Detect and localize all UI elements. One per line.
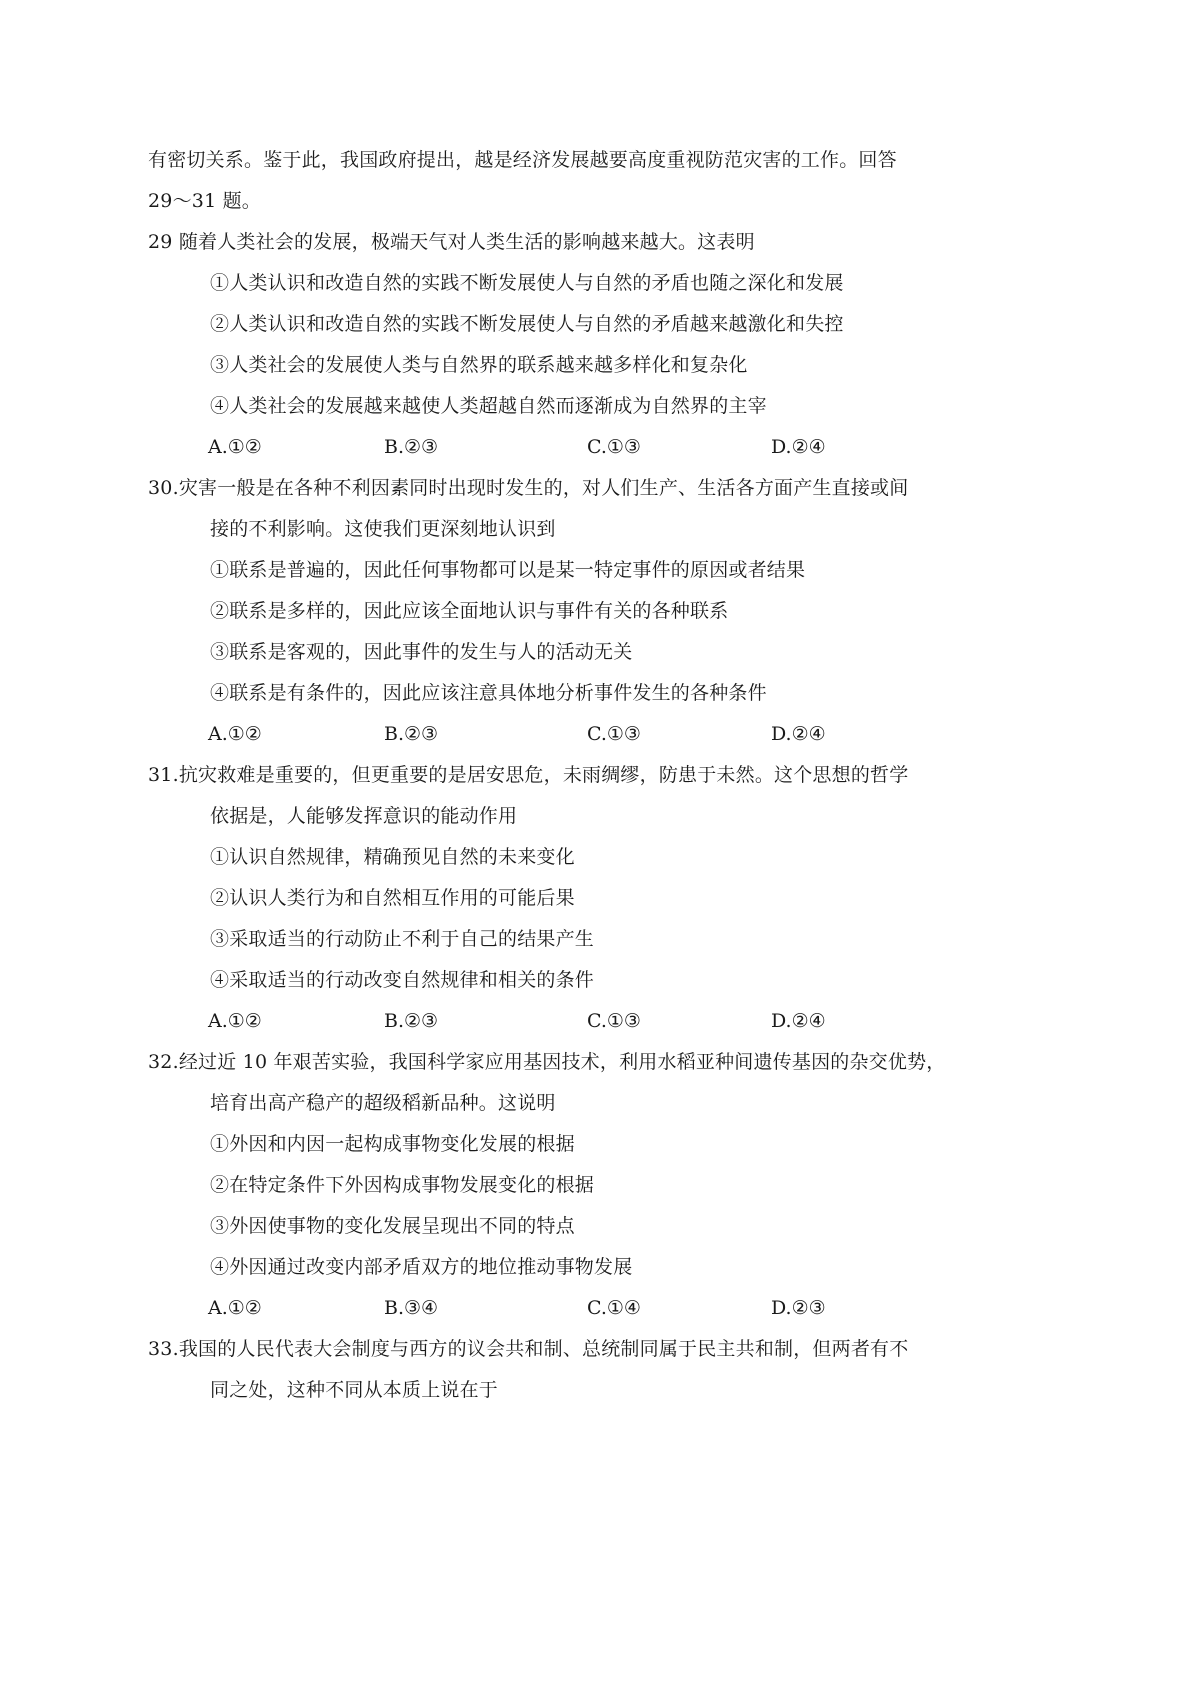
statement-3: ③外因使事物的变化发展呈现出不同的特点 [210,1213,575,1239]
statement-3: ③采取适当的行动防止不利于自己的结果产生 [210,926,594,952]
question-stem-line-2: 依据是，人能够发挥意识的能动作用 [210,803,517,829]
statement-2: ②在特定条件下外因构成事物发展变化的根据 [210,1172,594,1198]
option-a: A.①② [208,721,262,747]
statement-3: ③人类社会的发展使人类与自然界的联系越来越多样化和复杂化 [210,352,748,378]
question-stem-line-1: 31.抗灾救难是重要的，但更重要的是居安思危，未雨绸缪，防患于未然。这个思想的哲… [148,762,908,788]
option-b: B.②③ [384,434,438,460]
option-b: B.②③ [384,1008,438,1034]
statement-1: ①人类认识和改造自然的实践不断发展使人与自然的矛盾也随之深化和发展 [210,270,844,296]
statement-4: ④采取适当的行动改变自然规律和相关的条件 [210,967,594,993]
statement-4: ④联系是有条件的，因此应该注意具体地分析事件发生的各种条件 [210,680,767,706]
option-a: A.①② [208,1008,262,1034]
statement-3: ③联系是客观的，因此事件的发生与人的活动无关 [210,639,632,665]
intro-line-2: 29～31 题。 [148,188,261,214]
option-a: A.①② [208,434,262,460]
question-stem-line-1: 32.经过近 10 年艰苦实验，我国科学家应用基因技术，利用水稻亚种间遗传基因的… [148,1049,945,1075]
option-d: D.②③ [771,1295,826,1321]
option-d: D.②④ [771,434,826,460]
question-stem-line-2: 接的不利影响。这使我们更深刻地认识到 [210,516,556,542]
statement-1: ①联系是普遍的，因此任何事物都可以是某一特定事件的原因或者结果 [210,557,805,583]
statement-4: ④人类社会的发展越来越使人类超越自然而逐渐成为自然界的主宰 [210,393,767,419]
option-d: D.②④ [771,1008,826,1034]
statement-2: ②认识人类行为和自然相互作用的可能后果 [210,885,575,911]
question-stem-line-2: 培育出高产稳产的超级稻新品种。这说明 [210,1090,556,1116]
option-c: C.①③ [587,721,641,747]
statement-2: ②人类认识和改造自然的实践不断发展使人与自然的矛盾越来越激化和失控 [210,311,844,337]
option-b: B.③④ [384,1295,438,1321]
statement-1: ①外因和内因一起构成事物变化发展的根据 [210,1131,575,1157]
question-stem-line-1: 33.我国的人民代表大会制度与西方的议会共和制、总统制同属于民主共和制，但两者有… [148,1336,908,1362]
statement-2: ②联系是多样的，因此应该全面地认识与事件有关的各种联系 [210,598,728,624]
option-a: A.①② [208,1295,262,1321]
intro-line-1: 有密切关系。鉴于此，我国政府提出，越是经济发展越要高度重视防范灾害的工作。回答 [148,147,897,173]
question-stem-line-2: 同之处，这种不同从本质上说在于 [210,1377,498,1403]
statement-1: ①认识自然规律，精确预见自然的未来变化 [210,844,575,870]
option-c: C.①③ [587,434,641,460]
question-stem-line-1: 30.灾害一般是在各种不利因素同时出现时发生的，对人们生产、生活各方面产生直接或… [148,475,908,501]
statement-4: ④外因通过改变内部矛盾双方的地位推动事物发展 [210,1254,632,1280]
option-c: C.①④ [587,1295,641,1321]
exam-page: 有密切关系。鉴于此，我国政府提出，越是经济发展越要高度重视防范灾害的工作。回答 … [0,0,1200,1698]
option-b: B.②③ [384,721,438,747]
question-stem: 29 随着人类社会的发展，极端天气对人类生活的影响越来越大。这表明 [148,229,755,255]
option-d: D.②④ [771,721,826,747]
option-c: C.①③ [587,1008,641,1034]
